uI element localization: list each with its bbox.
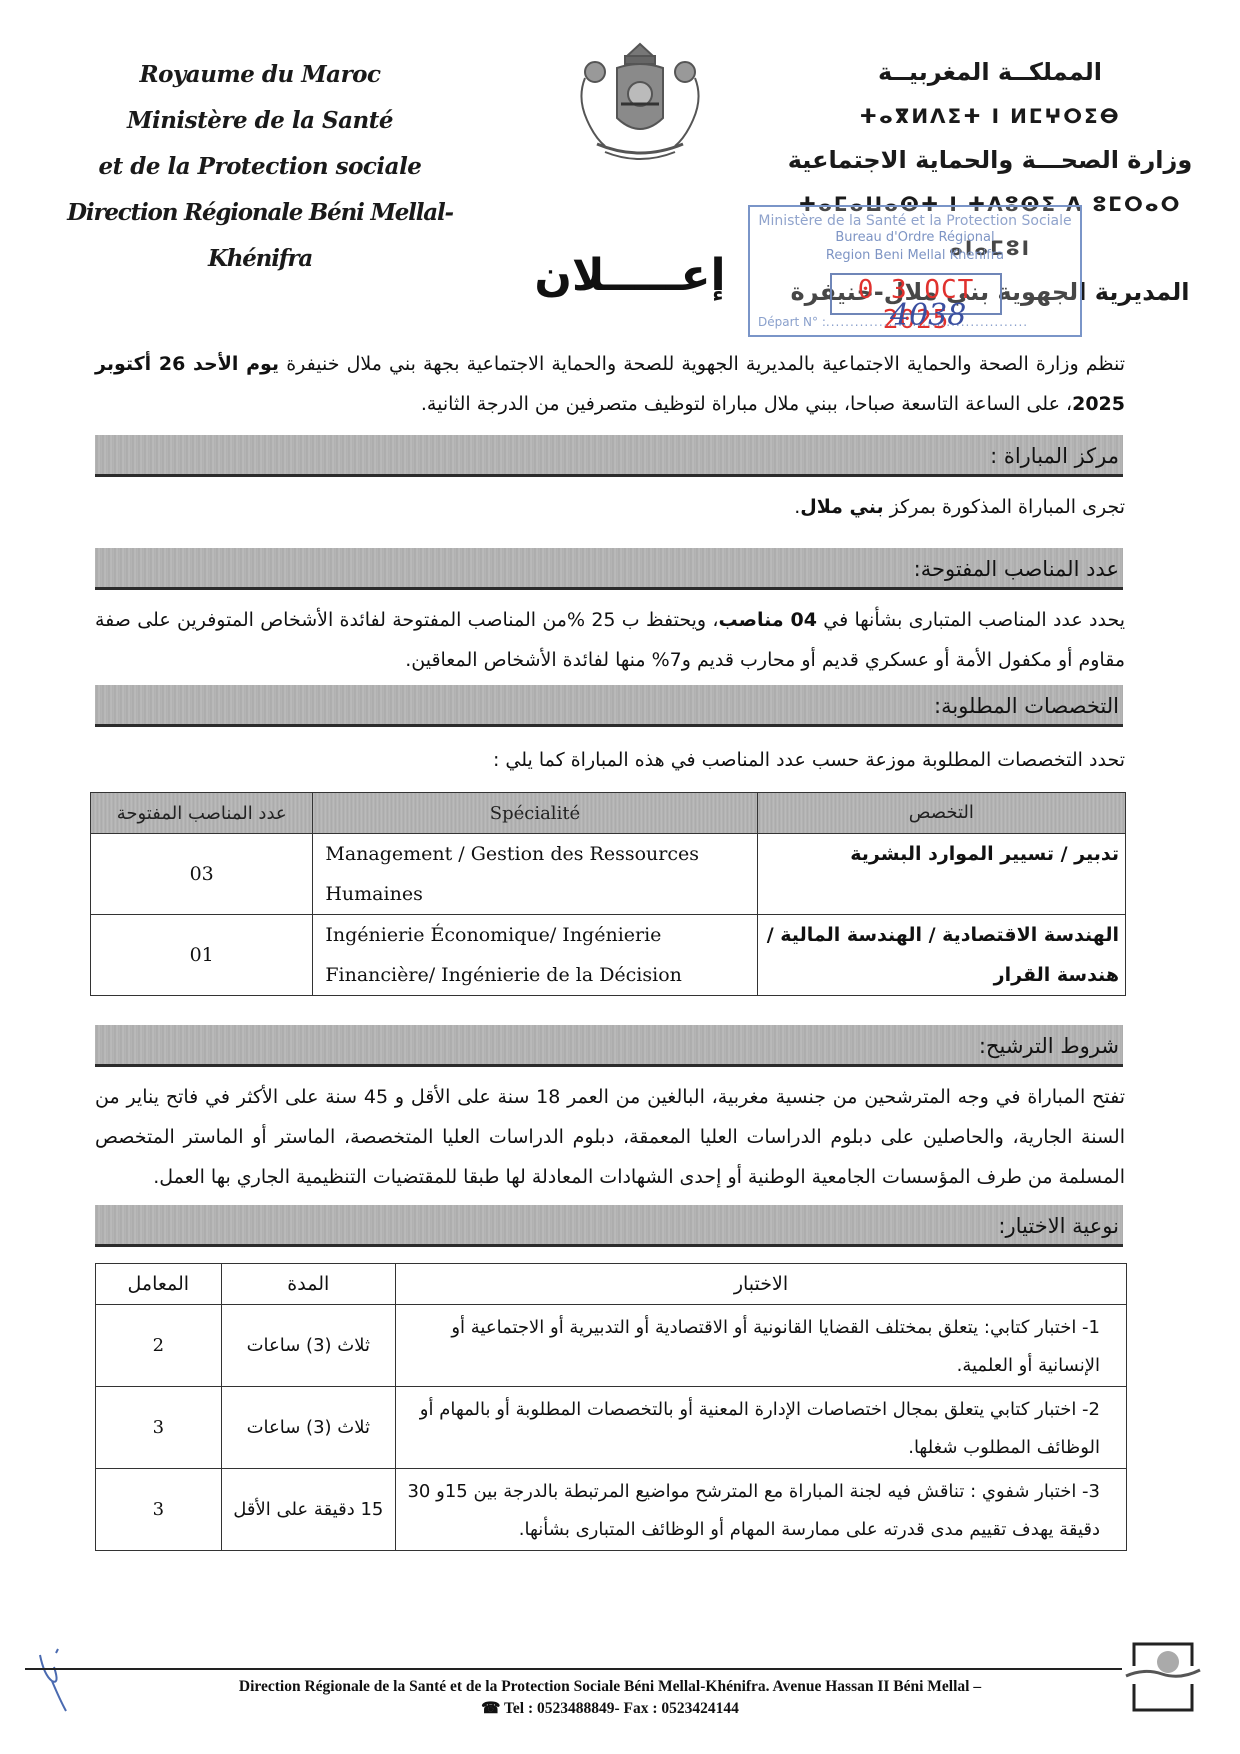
table-row: 2- اختبار كتابي يتعلق بمجال اختصاصات الإ…: [96, 1387, 1127, 1469]
coat-of-arms-icon: [565, 38, 715, 178]
test-coefficient: 3: [96, 1469, 222, 1551]
footer-contact-line: ☎ Tel : 0523488849- Fax : 0523424144: [80, 1698, 1140, 1720]
posts-count: 04 مناصب: [719, 609, 817, 631]
kingdom-name-ar: المملكــة المغربيــة: [780, 50, 1200, 94]
table-header-row: الاختبار المدة المعامل: [96, 1264, 1127, 1305]
header-french: Royaume du Maroc Ministère de la Santé e…: [40, 52, 480, 282]
specialty-ar: الهندسة الاقتصادية / الهندسة المالية / ه…: [757, 915, 1125, 996]
kingdom-name-fr: Royaume du Maroc: [40, 52, 480, 98]
footer-address-line: Direction Régionale de la Santé et de la…: [80, 1676, 1140, 1698]
table-row: 3- اختبار شفوي : تناقش فيه لجنة المباراة…: [96, 1469, 1127, 1551]
table-row: تدبير / تسيير الموارد البشرية Management…: [91, 834, 1126, 915]
intro-text-end: ، على الساعة التاسعة صباحا، ببني ملال مب…: [421, 393, 1072, 415]
center-paragraph: تجرى المباراة المذكورة بمركز بني ملال.: [95, 487, 1125, 527]
test-coefficient: 2: [96, 1305, 222, 1387]
table-row: 1- اختبار كتابي: يتعلق بمختلف القضايا ال…: [96, 1305, 1127, 1387]
test-description: 3- اختبار شفوي : تناقش فيه لجنة المباراة…: [396, 1469, 1127, 1551]
section-heading-center: مركز المباراة :: [95, 435, 1123, 477]
header-coefficient: المعامل: [96, 1264, 222, 1305]
test-duration: 15 دقيقة على الأقل: [221, 1469, 395, 1551]
specialty-ar: تدبير / تسيير الموارد البشرية: [757, 834, 1125, 915]
ministry-name-fr: Ministère de la Santé: [40, 98, 480, 144]
header-specialty-ar: التخصص: [757, 793, 1125, 834]
selection-table: الاختبار المدة المعامل 1- اختبار كتابي: …: [95, 1263, 1127, 1551]
footer-phone-fax: Tel : 0523488849- Fax : 0523424144: [500, 1700, 739, 1717]
section-heading-selection: نوعية الاختيار:: [95, 1205, 1123, 1247]
post-count: 03: [91, 834, 313, 915]
reception-stamp: Ministère de la Santé et la Protection S…: [748, 205, 1082, 337]
page-title: إعـــــلان: [500, 250, 760, 301]
stamp-depart-number: 4038: [890, 298, 966, 333]
section-heading-posts: عدد المناصب المفتوحة:: [95, 548, 1123, 590]
posts-paragraph: يحدد عدد المناصب المتبارى بشأنها في 04 م…: [95, 600, 1125, 680]
specialties-table: التخصص Spécialité عدد المناصب المفتوحة ت…: [90, 792, 1126, 996]
test-coefficient: 3: [96, 1387, 222, 1469]
post-count: 01: [91, 915, 313, 996]
header-specialty-fr: Spécialité: [313, 793, 757, 834]
section-heading-conditions: شروط الترشيح:: [95, 1025, 1123, 1067]
table-row: الهندسة الاقتصادية / الهندسة المالية / ه…: [91, 915, 1126, 996]
test-duration: ثلاث (3) ساعات: [221, 1387, 395, 1469]
stamp-ministry: Ministère de la Santé et la Protection S…: [750, 213, 1080, 229]
intro-paragraph: تنظم وزارة الصحة والحماية الاجتماعية بال…: [95, 344, 1125, 424]
ministry-logo-icon: [1124, 1640, 1204, 1716]
intro-text: تنظم وزارة الصحة والحماية الاجتماعية بال…: [279, 353, 1125, 375]
center-text: تجرى المباراة المذكورة بمركز: [884, 496, 1125, 518]
regional-direction-fr: Direction Régionale Béni Mellal-Khénifra: [40, 190, 480, 282]
stamp-depart-label: Départ N° :: [758, 315, 826, 329]
specialty-fr: Ingénierie Économique/ Ingénierie Financ…: [313, 915, 757, 996]
conditions-paragraph: تفتح المباراة في وجه المترشحين من جنسية …: [95, 1077, 1125, 1197]
header-duration: المدة: [221, 1264, 395, 1305]
test-duration: ثلاث (3) ساعات: [221, 1305, 395, 1387]
phone-icon: ☎: [481, 1700, 500, 1717]
kingdom-name-tifinagh: ⵜⴰⴳⵍⴷⵉⵜ ⵏ ⵍⵎⵖⵔⵉⴱ: [780, 94, 1200, 138]
header-post-count: عدد المناصب المفتوحة: [91, 793, 313, 834]
test-description: 2- اختبار كتابي يتعلق بمجال اختصاصات الإ…: [396, 1387, 1127, 1469]
ministry-name-fr-cont: et de la Protection sociale: [40, 144, 480, 190]
specialties-intro: تحدد التخصصات المطلوبة موزعة حسب عدد الم…: [95, 740, 1125, 780]
center-city: بني ملال: [800, 496, 883, 518]
ministry-name-ar: وزارة الصحـــة والحماية الاجتماعية: [780, 138, 1200, 182]
posts-text: يحدد عدد المناصب المتبارى بشأنها في: [817, 609, 1125, 631]
stamp-region: Region Beni Mellal Khenifra: [750, 247, 1080, 265]
section-heading-specialties: التخصصات المطلوبة:: [95, 685, 1123, 727]
header-test: الاختبار: [396, 1264, 1127, 1305]
table-header-row: التخصص Spécialité عدد المناصب المفتوحة: [91, 793, 1126, 834]
footer-address: Direction Régionale de la Santé et de la…: [80, 1676, 1140, 1720]
test-description: 1- اختبار كتابي: يتعلق بمختلف القضايا ال…: [396, 1305, 1127, 1387]
specialty-fr: Management / Gestion des Ressources Huma…: [313, 834, 757, 915]
footer-divider: [25, 1668, 1122, 1670]
stamp-bureau: Bureau d'Ordre Régional: [750, 229, 1080, 247]
